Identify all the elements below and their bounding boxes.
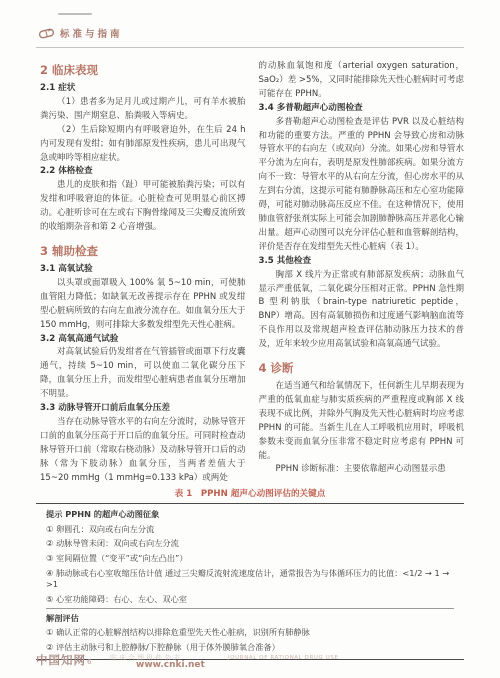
table-row: ④ 肺动脉或右心室收缩压估计值 通过三尖瓣反流射流速度估计，通常报告为与体循环压… bbox=[46, 566, 454, 592]
table-1: 表 1 PPHN 超声心动图评估的关键点 提示 PPHN 的超声心动图征象 ① … bbox=[36, 487, 464, 660]
table-title: 表 1 PPHN 超声心动图评估的关键点 bbox=[36, 487, 464, 499]
table-row: ③ 室间隔位置（“变平”或“向左凸出”） bbox=[46, 551, 454, 566]
heading-clinical-manifestations: 2 临床表现 bbox=[40, 63, 246, 78]
subheading-2-1: 2.1 症状 bbox=[40, 82, 246, 96]
paragraph: （1）患者多为足月儿或过期产儿，可有羊水被胎粪污染、围产期窒息、胎粪吸入等病史。 bbox=[40, 96, 246, 124]
subheading-3-2: 3.2 高氧高通气试验 bbox=[40, 333, 246, 347]
section-label: 标准与指南 bbox=[60, 26, 123, 40]
table-row: ⑤ 心室功能障碍：右心、左心、双心室 bbox=[46, 592, 454, 607]
footer-journal-block: 临床合理用药杂志 www.cnki.net JOURNAL OF RATIONA… bbox=[110, 652, 205, 671]
paragraph: （2）生后除短期内有呼吸窘迫外，在生后 24 h 内可发现有发绀；如有肺部原发性… bbox=[40, 124, 246, 166]
paragraph: 当存在动脉导管水平的右向左分流时，动脉导管开口前的血氧分压高于开口后的血氧分压。… bbox=[40, 416, 246, 486]
cnki-watermark: 中国知网 bbox=[36, 653, 86, 667]
paragraph: PPHN 诊断标准：主要依靠超声心动图显示患 bbox=[259, 463, 465, 477]
left-column: 2 临床表现 2.1 症状 （1）患者多为足月儿或过期产儿，可有羊水被胎粪污染、… bbox=[40, 60, 246, 486]
paragraph: 以头罩或面罩吸入 100% 氧 5~10 min，可使肺血管阻力降低；如缺氧无改… bbox=[40, 277, 246, 333]
heading-diagnosis: 4 诊断 bbox=[259, 361, 465, 376]
table-row: ① 卵圆孔：双向或右向左分流 bbox=[46, 522, 454, 537]
subheading-3-5: 3.5 其他检查 bbox=[259, 255, 465, 269]
paragraph: 患儿的皮肤和指（趾）甲可能被胎粪污染；可以有发绀和呼吸窘迫的体征。心脏检查可见明… bbox=[40, 179, 246, 235]
document-page: 标准与指南 2 临床表现 2.1 症状 （1）患者多为足月儿或过期产儿，可有羊水… bbox=[0, 0, 500, 678]
table-row: ② 动脉导管未闭：双向或右向左分流 bbox=[46, 537, 454, 552]
paragraph: 在适当通气和给氧情况下，任何新生儿早期表现为严重的低氧血症与肺实质疾病的严重程度… bbox=[259, 380, 465, 463]
subheading-3-4: 3.4 多普勒超声心动图检查 bbox=[259, 102, 465, 116]
paragraph: 多普勒超声心动图检查是评估 PVR 以及心脏结构和功能的重要方法。严重的 PPH… bbox=[259, 116, 465, 255]
paragraph: 胸部 X 线片为正常或有肺部原发疾病；动脉血气显示严重低氧，二氧化碳分压相对正常… bbox=[259, 269, 465, 352]
pill-icon bbox=[38, 28, 55, 39]
cnki-url: www.cnki.net bbox=[136, 660, 205, 670]
heading-auxiliary-exams: 3 辅助检查 bbox=[40, 244, 246, 259]
header-divider bbox=[36, 47, 464, 48]
table-section-header: 提示 PPHN 的超声心动图征象 bbox=[46, 507, 454, 522]
subheading-3-1: 3.1 高氧试验 bbox=[40, 263, 246, 277]
page-footer: 中国知网6 临床合理用药杂志 www.cnki.net JOURNAL OF R… bbox=[36, 649, 464, 669]
page-header: 标准与指南 bbox=[38, 26, 123, 40]
journal-name-en: JOURNAL OF RATIONAL DRUG USE bbox=[228, 655, 339, 661]
table-body: 提示 PPHN 的超声心动图征象 ① 卵圆孔：双向或右向左分流 ② 动脉导管未闭… bbox=[36, 503, 464, 660]
article-body: 2 临床表现 2.1 症状 （1）患者多为足月儿或过期产儿，可有羊水被胎粪污染、… bbox=[40, 60, 464, 486]
paragraph-continuation: 的动脉血氧饱和度（arterial oxygen saturation，SaO₂… bbox=[259, 60, 465, 102]
subheading-2-2: 2.2 体格检查 bbox=[40, 165, 246, 179]
paragraph: 对高氧试验后仍发绀者在气管插管或面罩下行皮囊通气，持续 5~10 min，可以使… bbox=[40, 346, 246, 402]
table-row: ① 确认正常的心脏解剖结构以排除危重型先天性心脏病，识别所有肺静脉 bbox=[46, 626, 454, 641]
footer-page-number: 6 bbox=[87, 658, 91, 666]
subheading-3-3: 3.3 动脉导管开口前后血氧分压差 bbox=[40, 402, 246, 416]
scan-artifact-mark bbox=[58, 13, 92, 15]
right-column: 的动脉血氧饱和度（arterial oxygen saturation，SaO₂… bbox=[259, 60, 465, 486]
table-section-header: 解剖评估 bbox=[46, 608, 454, 625]
